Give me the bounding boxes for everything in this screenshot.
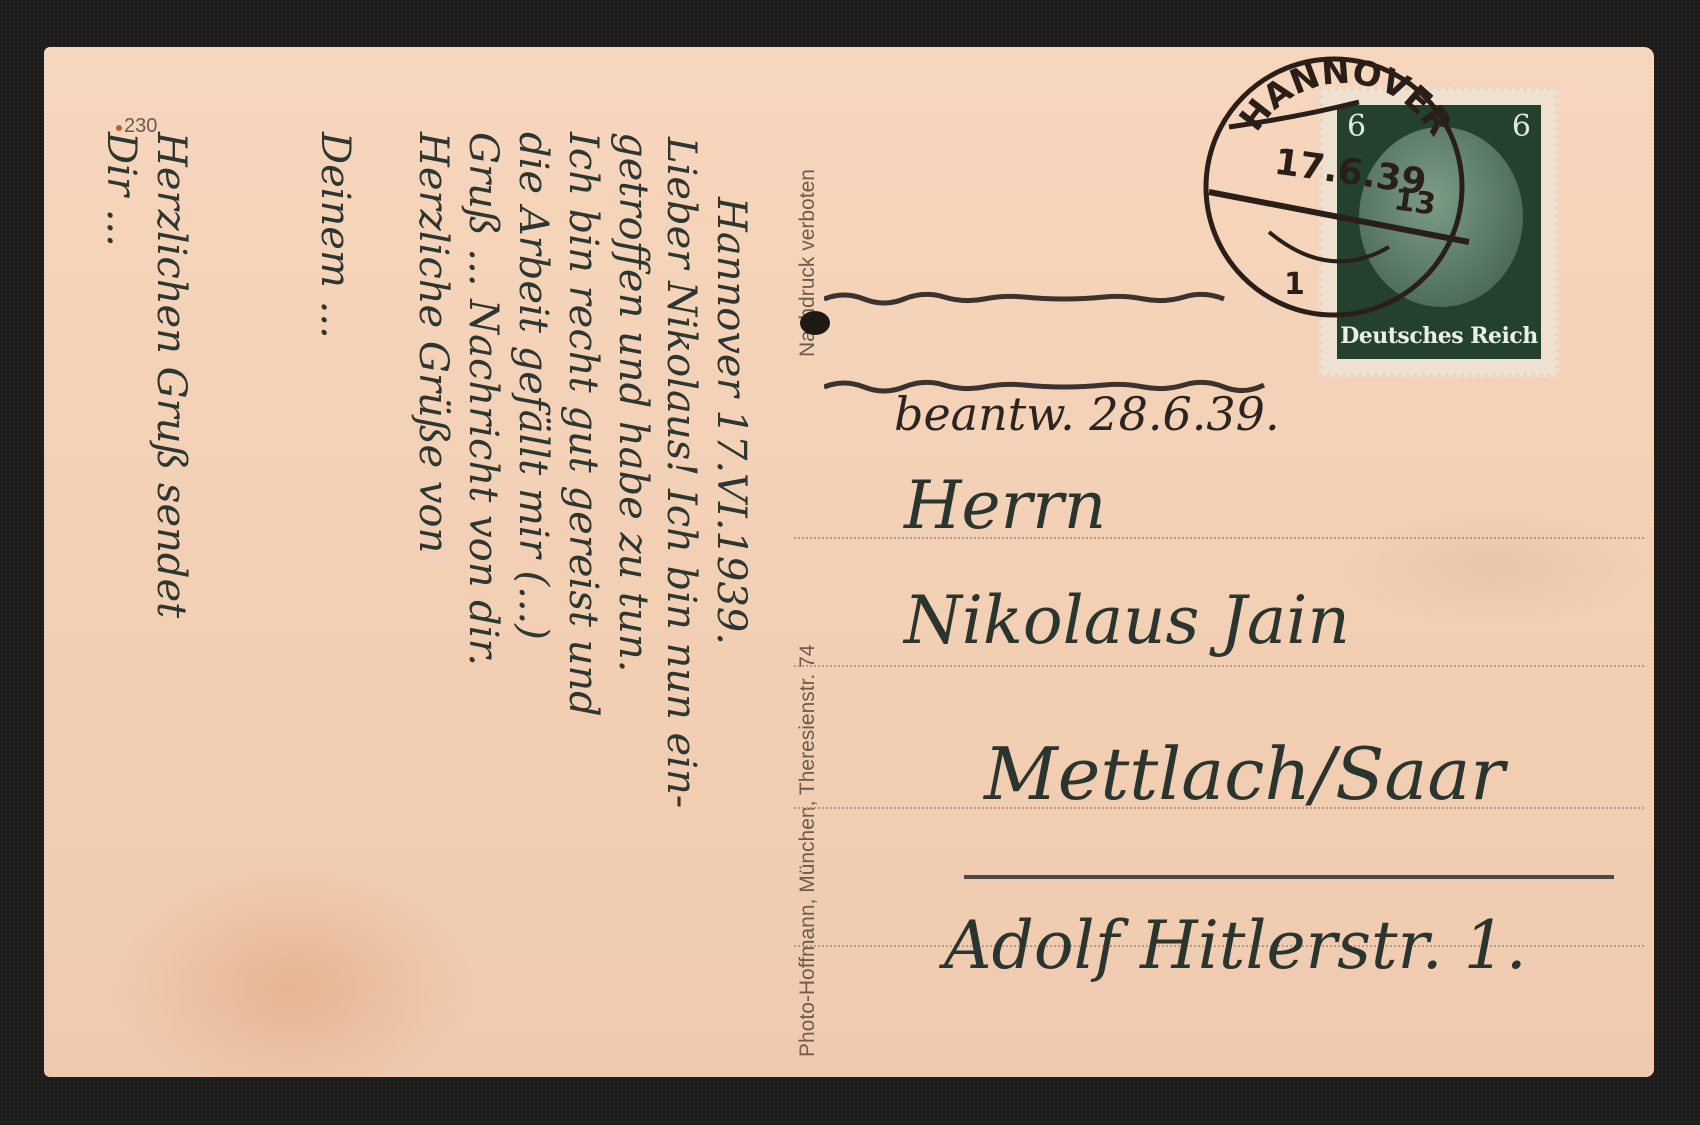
postcard: 230 Nachdruck verboten Photo-Hoffmann, M… — [44, 47, 1654, 1077]
message-line: die Arbeit gefällt mir (...) — [510, 132, 556, 640]
postmark-time: 13 — [1392, 182, 1438, 222]
message-line: Ich bin recht gut gereist und — [560, 132, 606, 717]
address-street: Adolf Hitlerstr. 1. — [944, 907, 1527, 984]
stamp-value-right: 6 — [1512, 109, 1531, 144]
message-line: Dir ... — [98, 132, 144, 247]
address-city: Mettlach/Saar — [984, 732, 1505, 816]
address-name: Nikolaus Jain — [904, 582, 1350, 659]
postmark-office: 1 — [1284, 267, 1305, 302]
answered-note: beantw. 28.6.39. — [894, 387, 1280, 441]
message-line: Lieber Nikolaus! Ich bin nun ein- — [658, 137, 704, 808]
message-line: getroffen und habe zu tun. — [610, 132, 656, 672]
message-line: Deinem ... — [312, 132, 358, 339]
red-mark — [116, 125, 122, 131]
city-underline — [964, 875, 1614, 879]
postmark: HANNOVER 17.6.39 13 1 — [1189, 42, 1479, 332]
message-line: Hannover 17.VI.1939. — [708, 197, 754, 645]
postmark-city: HANNOVER — [1232, 52, 1460, 143]
publisher-imprint: Photo-Hoffmann, München, Theresienstr. 7… — [796, 645, 820, 1057]
message-line: Gruß ... Nachricht von dir. — [460, 132, 506, 666]
svg-text:HANNOVER: HANNOVER — [1232, 52, 1460, 143]
address-salutation: Herrn — [904, 467, 1106, 544]
message-line: Herzliche Grüße von — [410, 132, 456, 553]
address-line-2 — [794, 665, 1644, 667]
message-line: Herzlichen Gruß sendet — [148, 132, 194, 618]
